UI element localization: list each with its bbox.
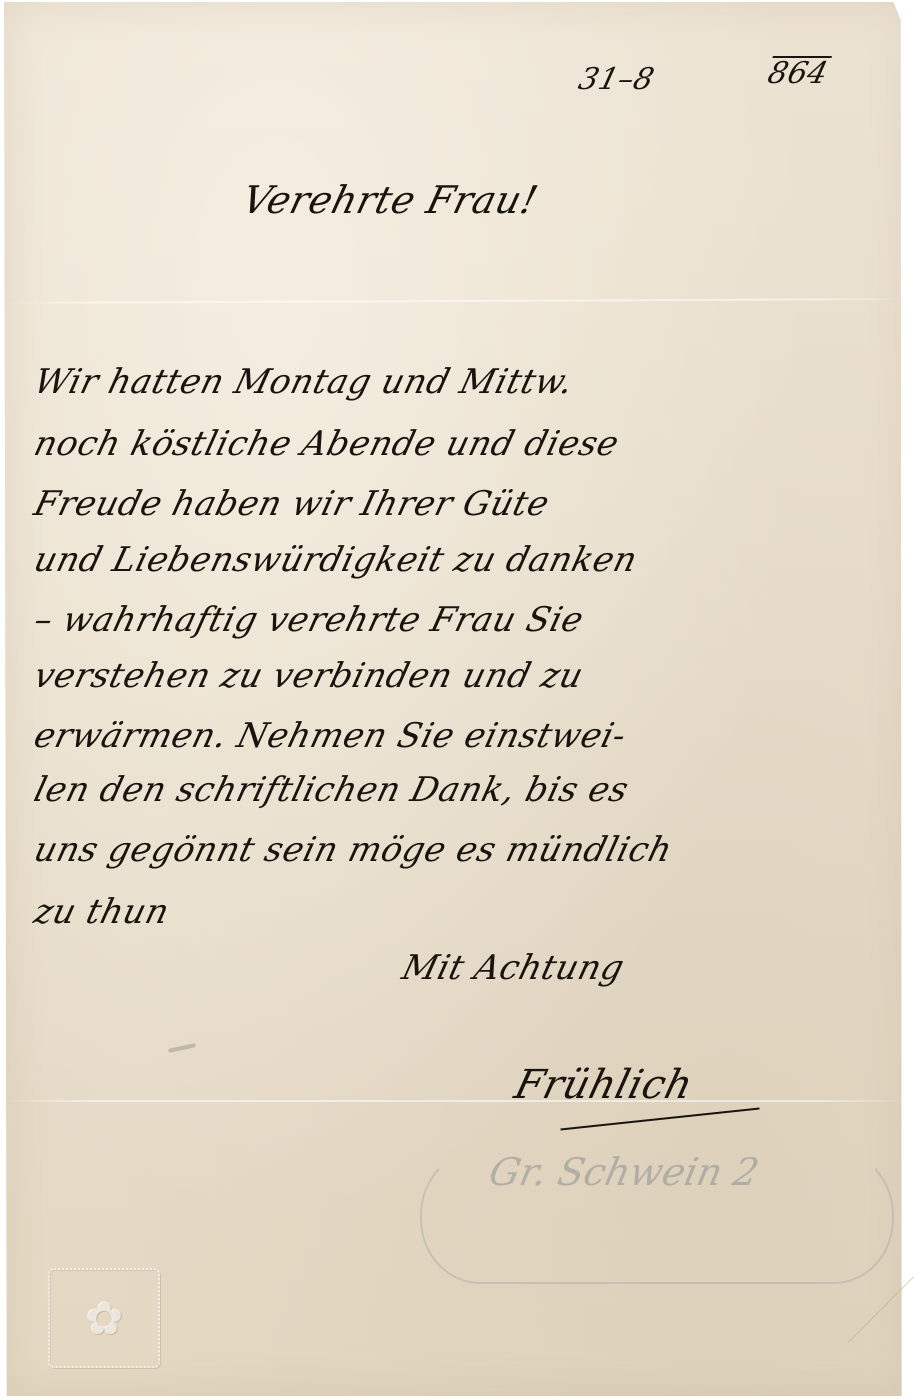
body-line: – wahrhaftig verehrte Frau Sie — [30, 600, 588, 640]
body-line: len den schriftlichen Dank, bis es — [30, 770, 633, 810]
letter-date-year: 864 — [765, 56, 832, 88]
letter-salutation: Verehrte Frau! — [238, 178, 542, 222]
body-line: uns gegönnt sein möge es mündlich — [30, 830, 676, 870]
body-line: noch köstliche Abende und diese — [30, 424, 623, 464]
pencil-annotation: Gr. Schwein 2 — [485, 1150, 763, 1194]
letter-closing: Mit Achtung — [398, 948, 628, 988]
body-line: verstehen zu verbinden und zu — [30, 656, 588, 696]
letter-signature: Frühlich — [510, 1062, 698, 1108]
embossed-floral-stamp-icon: ✿ — [48, 1268, 160, 1368]
body-line: zu thun — [30, 892, 173, 932]
body-line: Freude haben wir Ihrer Güte — [30, 484, 553, 524]
fold-crease — [4, 1100, 908, 1102]
body-line: und Liebenswürdigkeit zu danken — [30, 540, 642, 580]
body-line: erwärmen. Nehmen Sie einstwei- — [30, 716, 630, 756]
body-line: Wir hatten Montag und Mittw. — [30, 362, 578, 402]
letter-date-day-month: 31–8 — [575, 62, 658, 97]
